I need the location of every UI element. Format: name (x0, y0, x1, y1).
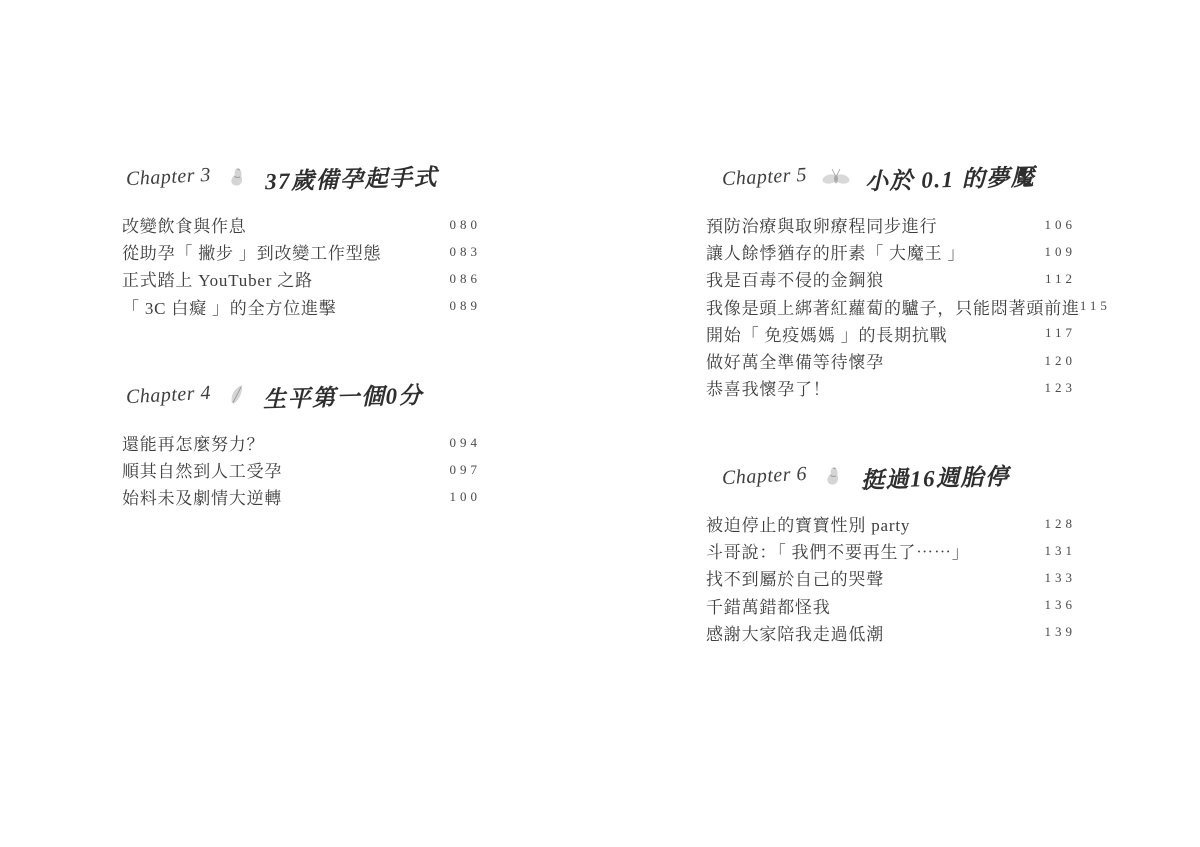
toc-entry-title: 預防治療與取卵療程同步進行 (706, 212, 937, 237)
chapter-3-entries: 改變飲食與作息 080 從助孕「 撇步 」到改變工作型態 083 正式踏上 Yo… (122, 211, 477, 320)
toc-row: 開始「 免疫媽媽 」的長期抗戰 117 (706, 320, 1072, 347)
chapter-3-header: Chapter 3 37歲備孕起手式 (126, 156, 477, 198)
toc-row: 始料未及劇情大逆轉 100 (122, 483, 477, 510)
chapter-3-section: Chapter 3 37歲備孕起手式 改變飲食與作息 080 從助孕「 撇步 」… (122, 156, 477, 320)
chapter-4-title: 生平第一個0分 (263, 376, 424, 413)
chapter-6-header: Chapter 6 挺過16週胎停 (722, 455, 1072, 497)
toc-entry-title: 感謝大家陪我走過低潮 (706, 620, 884, 645)
chapter-4-label: Chapter 4 (125, 381, 211, 408)
toc-entry-title: 順其自然到人工受孕 (122, 457, 282, 482)
toc-row: 我是百毒不侵的金鋼狼 112 (706, 265, 1072, 292)
toc-entry-title: 千錯萬錯都怪我 (706, 593, 831, 618)
toc-entry-title: 開始「 免疫媽媽 」的長期抗戰 (706, 321, 948, 346)
bird-sketch-icon (225, 164, 251, 190)
toc-entry-page: 123 (1045, 380, 1077, 396)
chapter-4-entries: 還能再怎麼努力？ 094 順其自然到人工受孕 097 始料未及劇情大逆轉 100 (122, 429, 477, 511)
toc-row: 斗哥說：「 我們不要再生了⋯⋯」 131 (706, 537, 1072, 564)
toc-row: 改變飲食與作息 080 (122, 211, 477, 238)
chapter-5-label: Chapter 5 (721, 163, 807, 190)
book-toc-spread: Chapter 3 37歲備孕起手式 改變飲食與作息 080 從助孕「 撇步 」… (0, 0, 1200, 847)
chapter-5-header: Chapter 5 小於 0.1 的夢魘 (722, 156, 1072, 198)
toc-entry-title: 從助孕「 撇步 」到改變工作型態 (122, 239, 381, 264)
toc-row: 找不到屬於自己的哭聲 133 (706, 564, 1072, 591)
chapter-4-header: Chapter 4 生平第一個0分 (126, 374, 477, 416)
toc-entry-title: 找不到屬於自己的哭聲 (706, 565, 884, 590)
toc-entry-page: 106 (1045, 217, 1077, 233)
toc-entry-page: 083 (450, 244, 482, 260)
toc-entry-title: 正式踏上 YouTuber 之路 (122, 266, 313, 291)
chapter-6-section: Chapter 6 挺過16週胎停 被迫停止的寶寶性別 party 128 斗哥… (706, 455, 1072, 646)
moth-sketch-icon (821, 166, 851, 188)
toc-entry-title: 改變飲食與作息 (122, 212, 247, 237)
chapter-5-entries: 預防治療與取卵療程同步進行 106 讓人餘悸猶存的肝素「 大魔王 」 109 我… (706, 211, 1072, 401)
chapter-4-section: Chapter 4 生平第一個0分 還能再怎麼努力？ 094 順其自然到人工受孕… (122, 374, 477, 511)
toc-entry-page: 115 (1080, 298, 1111, 314)
toc-row: 被迫停止的寶寶性別 party 128 (706, 510, 1072, 537)
bird-sketch-icon (821, 463, 847, 489)
chapter-6-entries: 被迫停止的寶寶性別 party 128 斗哥說：「 我們不要再生了⋯⋯」 131… (706, 510, 1072, 646)
toc-entry-title: 「 3C 白癡 」的全方位進擊 (122, 294, 337, 319)
toc-entry-page: 139 (1045, 624, 1077, 640)
toc-entry-title: 我是百毒不侵的金鋼狼 (706, 266, 884, 291)
toc-entry-page: 128 (1045, 516, 1077, 532)
toc-row: 讓人餘悸猶存的肝素「 大魔王 」 109 (706, 238, 1072, 265)
toc-row: 預防治療與取卵療程同步進行 106 (706, 211, 1072, 238)
toc-row: 做好萬全準備等待懷孕 120 (706, 347, 1072, 374)
toc-entry-page: 117 (1045, 325, 1076, 341)
toc-entry-title: 還能再怎麼努力？ (122, 430, 264, 455)
toc-entry-page: 100 (450, 489, 482, 505)
toc-row: 感謝大家陪我走過低潮 139 (706, 619, 1072, 646)
toc-entry-title: 斗哥說：「 我們不要再生了⋯⋯」 (706, 538, 970, 563)
chapter-5-title: 小於 0.1 的夢魘 (865, 158, 1036, 195)
toc-entry-title: 被迫停止的寶寶性別 party (706, 511, 910, 536)
toc-row: 正式踏上 YouTuber 之路 086 (122, 265, 477, 292)
toc-entry-title: 我像是頭上綁著紅蘿蔔的驢子，只能悶著頭前進 (706, 294, 1080, 319)
toc-entry-page: 089 (450, 298, 482, 314)
toc-row: 從助孕「 撇步 」到改變工作型態 083 (122, 238, 477, 265)
toc-entry-page: 112 (1045, 271, 1076, 287)
toc-entry-page: 109 (1045, 244, 1077, 260)
toc-row: 千錯萬錯都怪我 136 (706, 592, 1072, 619)
toc-row: 順其自然到人工受孕 097 (122, 456, 477, 483)
toc-entry-title: 做好萬全準備等待懷孕 (706, 348, 884, 373)
toc-entry-page: 080 (450, 217, 482, 233)
chapter-3-title: 37歲備孕起手式 (265, 158, 439, 196)
toc-entry-page: 133 (1045, 570, 1077, 586)
toc-entry-page: 120 (1045, 353, 1077, 369)
chapter-5-section: Chapter 5 小於 0.1 的夢魘 預防治療與取卵療程同步進行 106 讓… (706, 156, 1072, 401)
toc-entry-page: 131 (1045, 543, 1077, 559)
chapter-3-label: Chapter 3 (125, 163, 211, 190)
toc-entry-page: 097 (450, 462, 482, 478)
toc-entry-page: 086 (450, 271, 482, 287)
toc-row: 恭喜我懷孕了！ 123 (706, 374, 1072, 401)
chapter-6-title: 挺過16週胎停 (861, 458, 1010, 495)
toc-entry-page: 094 (450, 435, 482, 451)
toc-entry-page: 136 (1045, 597, 1077, 613)
toc-row: 我像是頭上綁著紅蘿蔔的驢子，只能悶著頭前進 115 (706, 293, 1072, 320)
leaf-sketch-icon (225, 382, 249, 408)
toc-row: 「 3C 白癡 」的全方位進擊 089 (122, 293, 477, 320)
chapter-6-label: Chapter 6 (721, 462, 807, 489)
toc-entry-title: 讓人餘悸猶存的肝素「 大魔王 」 (706, 239, 965, 264)
toc-entry-title: 恭喜我懷孕了！ (706, 375, 831, 400)
toc-row: 還能再怎麼努力？ 094 (122, 429, 477, 456)
toc-entry-title: 始料未及劇情大逆轉 (122, 484, 282, 509)
